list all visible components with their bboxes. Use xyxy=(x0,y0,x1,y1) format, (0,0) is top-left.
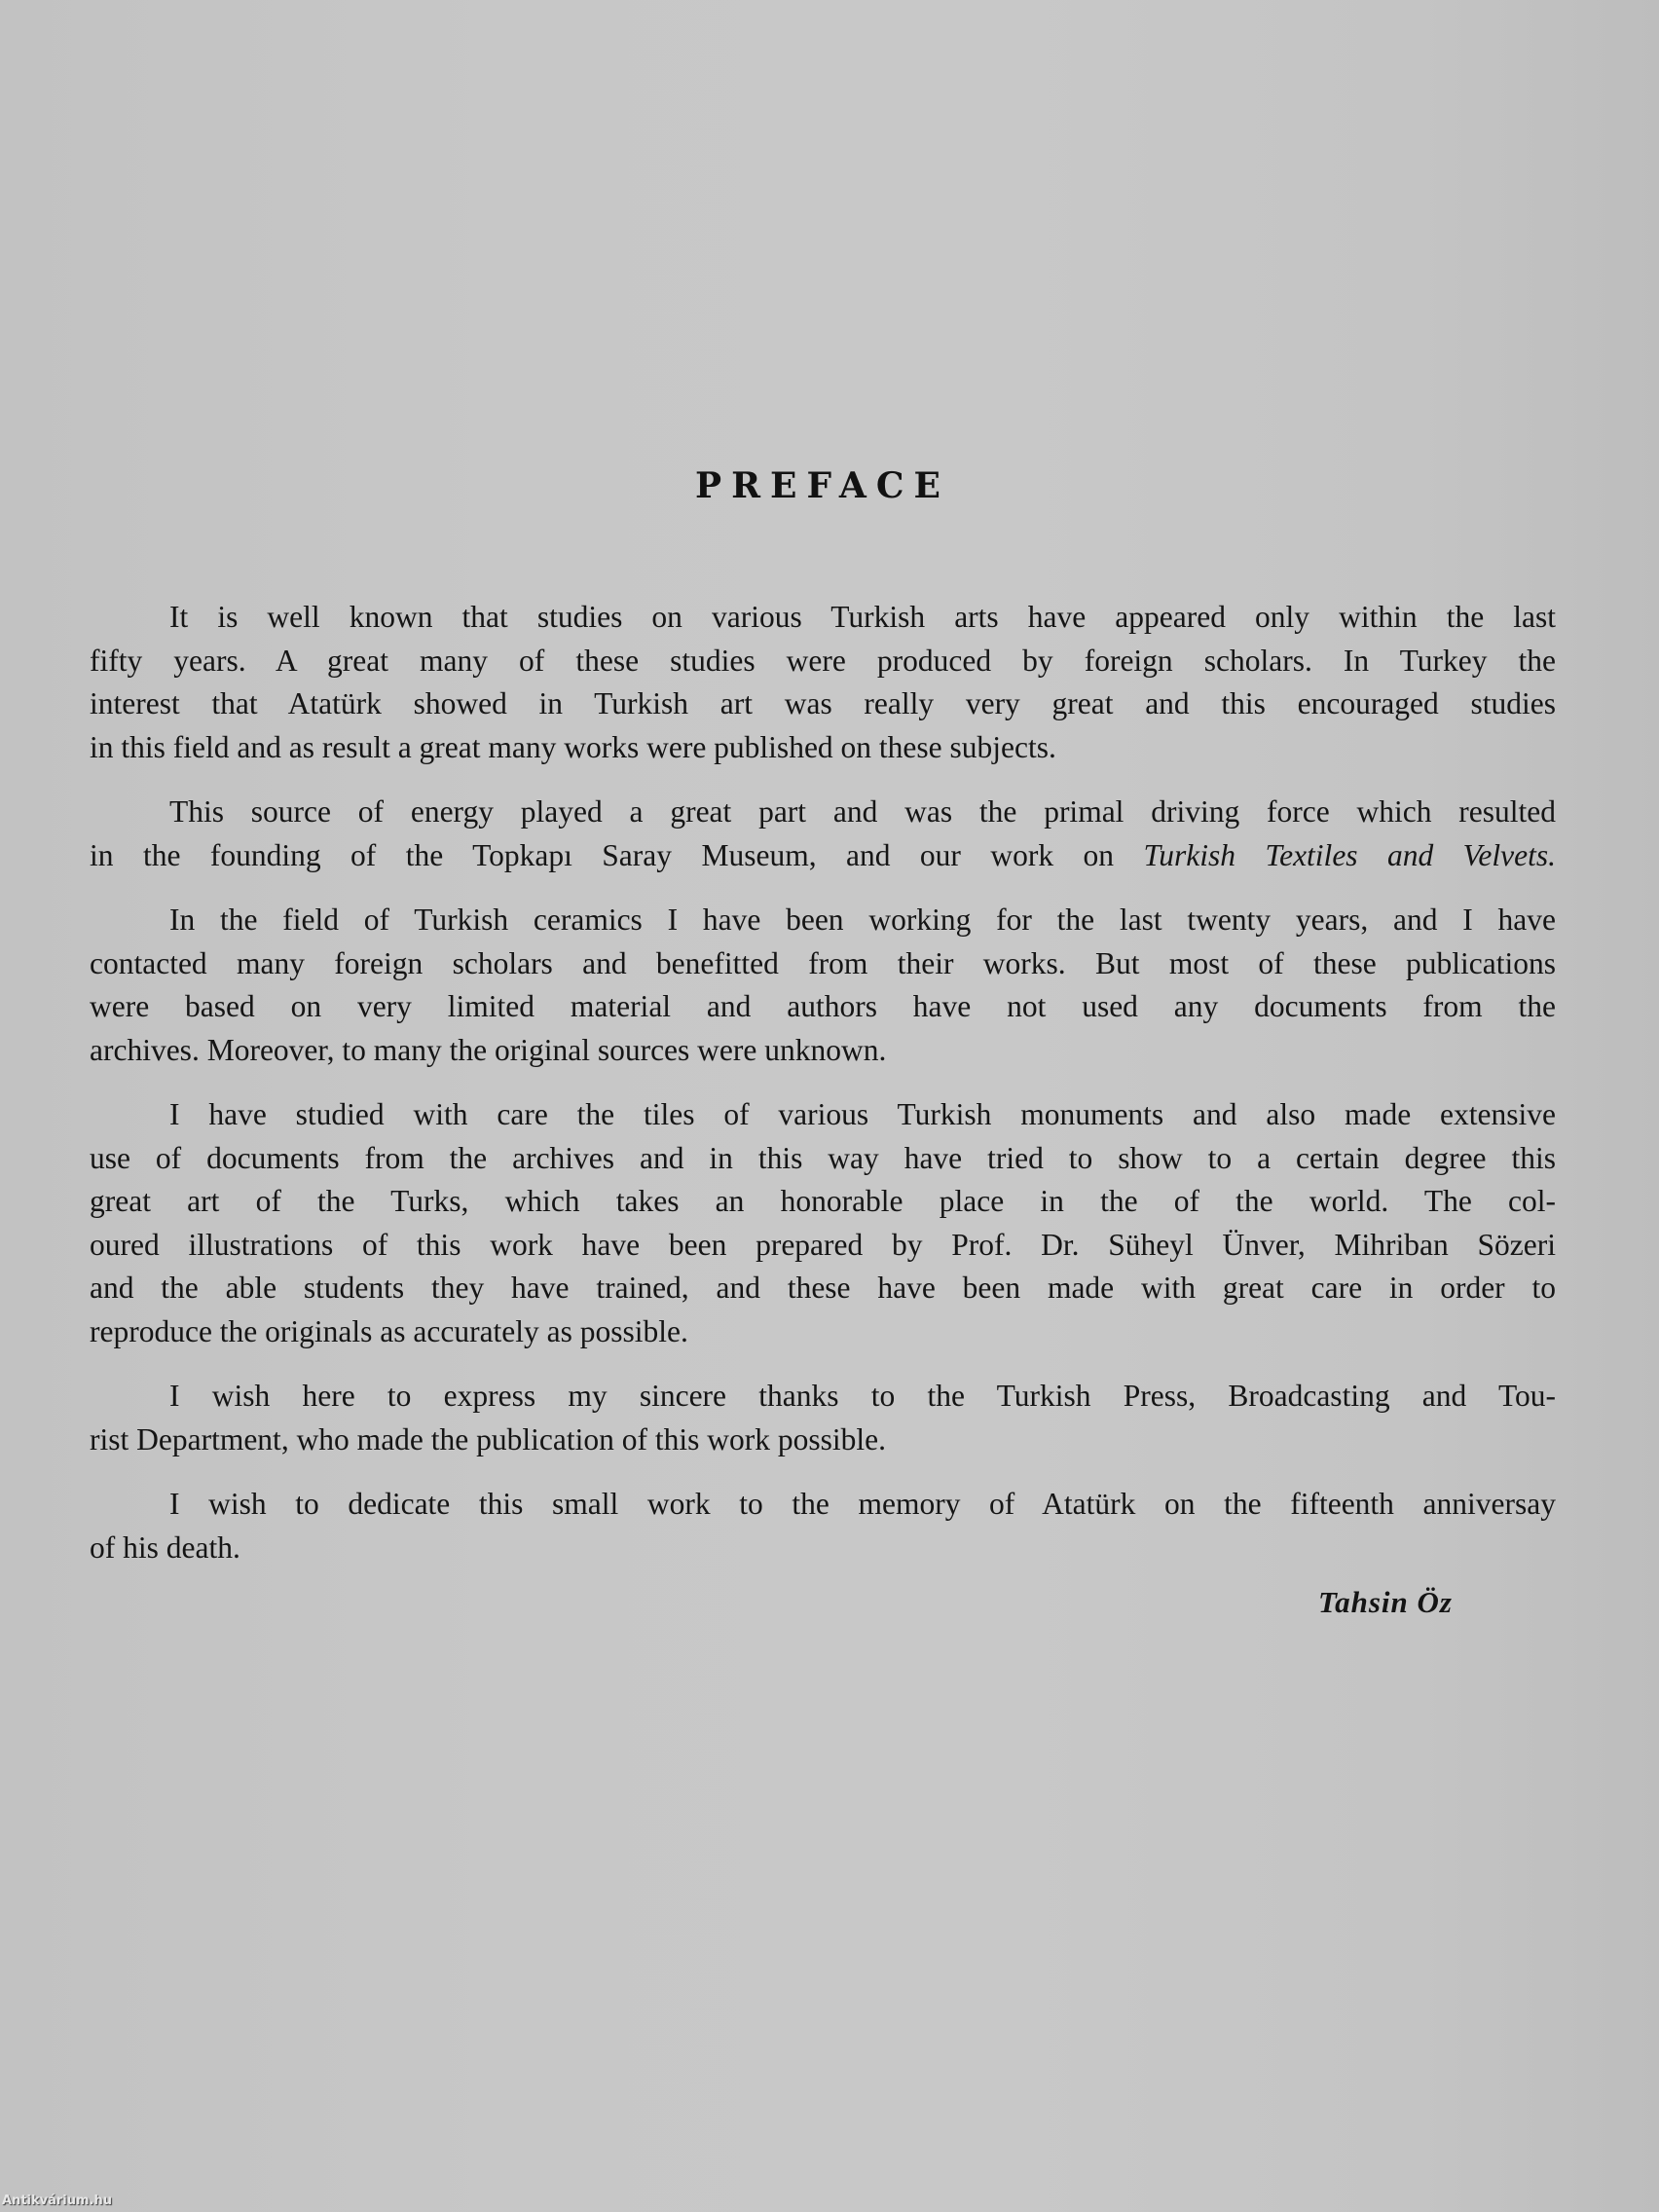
paragraph-3: In the field of Turkish ceramics I have … xyxy=(90,899,1556,1072)
paragraph-5: I wish here to express my sincere thanks… xyxy=(90,1375,1556,1461)
text-line: in this field and as result a great many… xyxy=(90,726,1556,770)
text-line: In the field of Turkish ceramics I have … xyxy=(90,899,1556,942)
paragraph-6: I wish to dedicate this small work to th… xyxy=(90,1483,1556,1569)
paragraph-4: I have studied with care the tiles of va… xyxy=(90,1093,1556,1353)
text-line: archives. Moreover, to many the original… xyxy=(90,1029,1556,1073)
text-line: reproduce the originals as accurately as… xyxy=(90,1310,1556,1354)
text-line: of his death. xyxy=(90,1527,1556,1570)
page-title: PREFACE xyxy=(0,465,1645,506)
author-signature: Tahsin Öz xyxy=(1318,1585,1453,1620)
paragraph-1: It is well known that studies on various… xyxy=(90,596,1556,769)
text-segment: in the founding of the Topkapı Saray Mus… xyxy=(90,838,1114,872)
scanned-page: PREFACE It is well known that studies on… xyxy=(0,0,1659,2212)
text-line: This source of energy played a great par… xyxy=(90,791,1556,834)
text-line: in the founding of the Topkapı Saray Mus… xyxy=(90,834,1556,878)
text-line: I wish to dedicate this small work to th… xyxy=(90,1483,1556,1527)
text-line: were based on very limited material and … xyxy=(90,985,1556,1029)
text-line: I have studied with care the tiles of va… xyxy=(90,1093,1556,1137)
text-line: fifty years. A great many of these studi… xyxy=(90,640,1556,683)
text-line: rist Department, who made the publicatio… xyxy=(90,1419,1556,1462)
text-line: use of documents from the archives and i… xyxy=(90,1137,1556,1181)
book-title-italic: Turkish Textiles and Velvets. xyxy=(1144,838,1557,872)
preface-body: It is well known that studies on various… xyxy=(90,596,1556,1591)
watermark-logo: Antikvárium.hu xyxy=(2,2194,112,2208)
text-line: and the able students they have trained,… xyxy=(90,1267,1556,1310)
text-line: great art of the Turks, which takes an h… xyxy=(90,1180,1556,1224)
text-line: It is well known that studies on various… xyxy=(90,596,1556,640)
text-line: I wish here to express my sincere thanks… xyxy=(90,1375,1556,1419)
text-line: interest that Atatürk showed in Turkish … xyxy=(90,682,1556,726)
text-line: oured illustrations of this work have be… xyxy=(90,1224,1556,1268)
paragraph-2: This source of energy played a great par… xyxy=(90,791,1556,877)
text-line: contacted many foreign scholars and bene… xyxy=(90,942,1556,986)
